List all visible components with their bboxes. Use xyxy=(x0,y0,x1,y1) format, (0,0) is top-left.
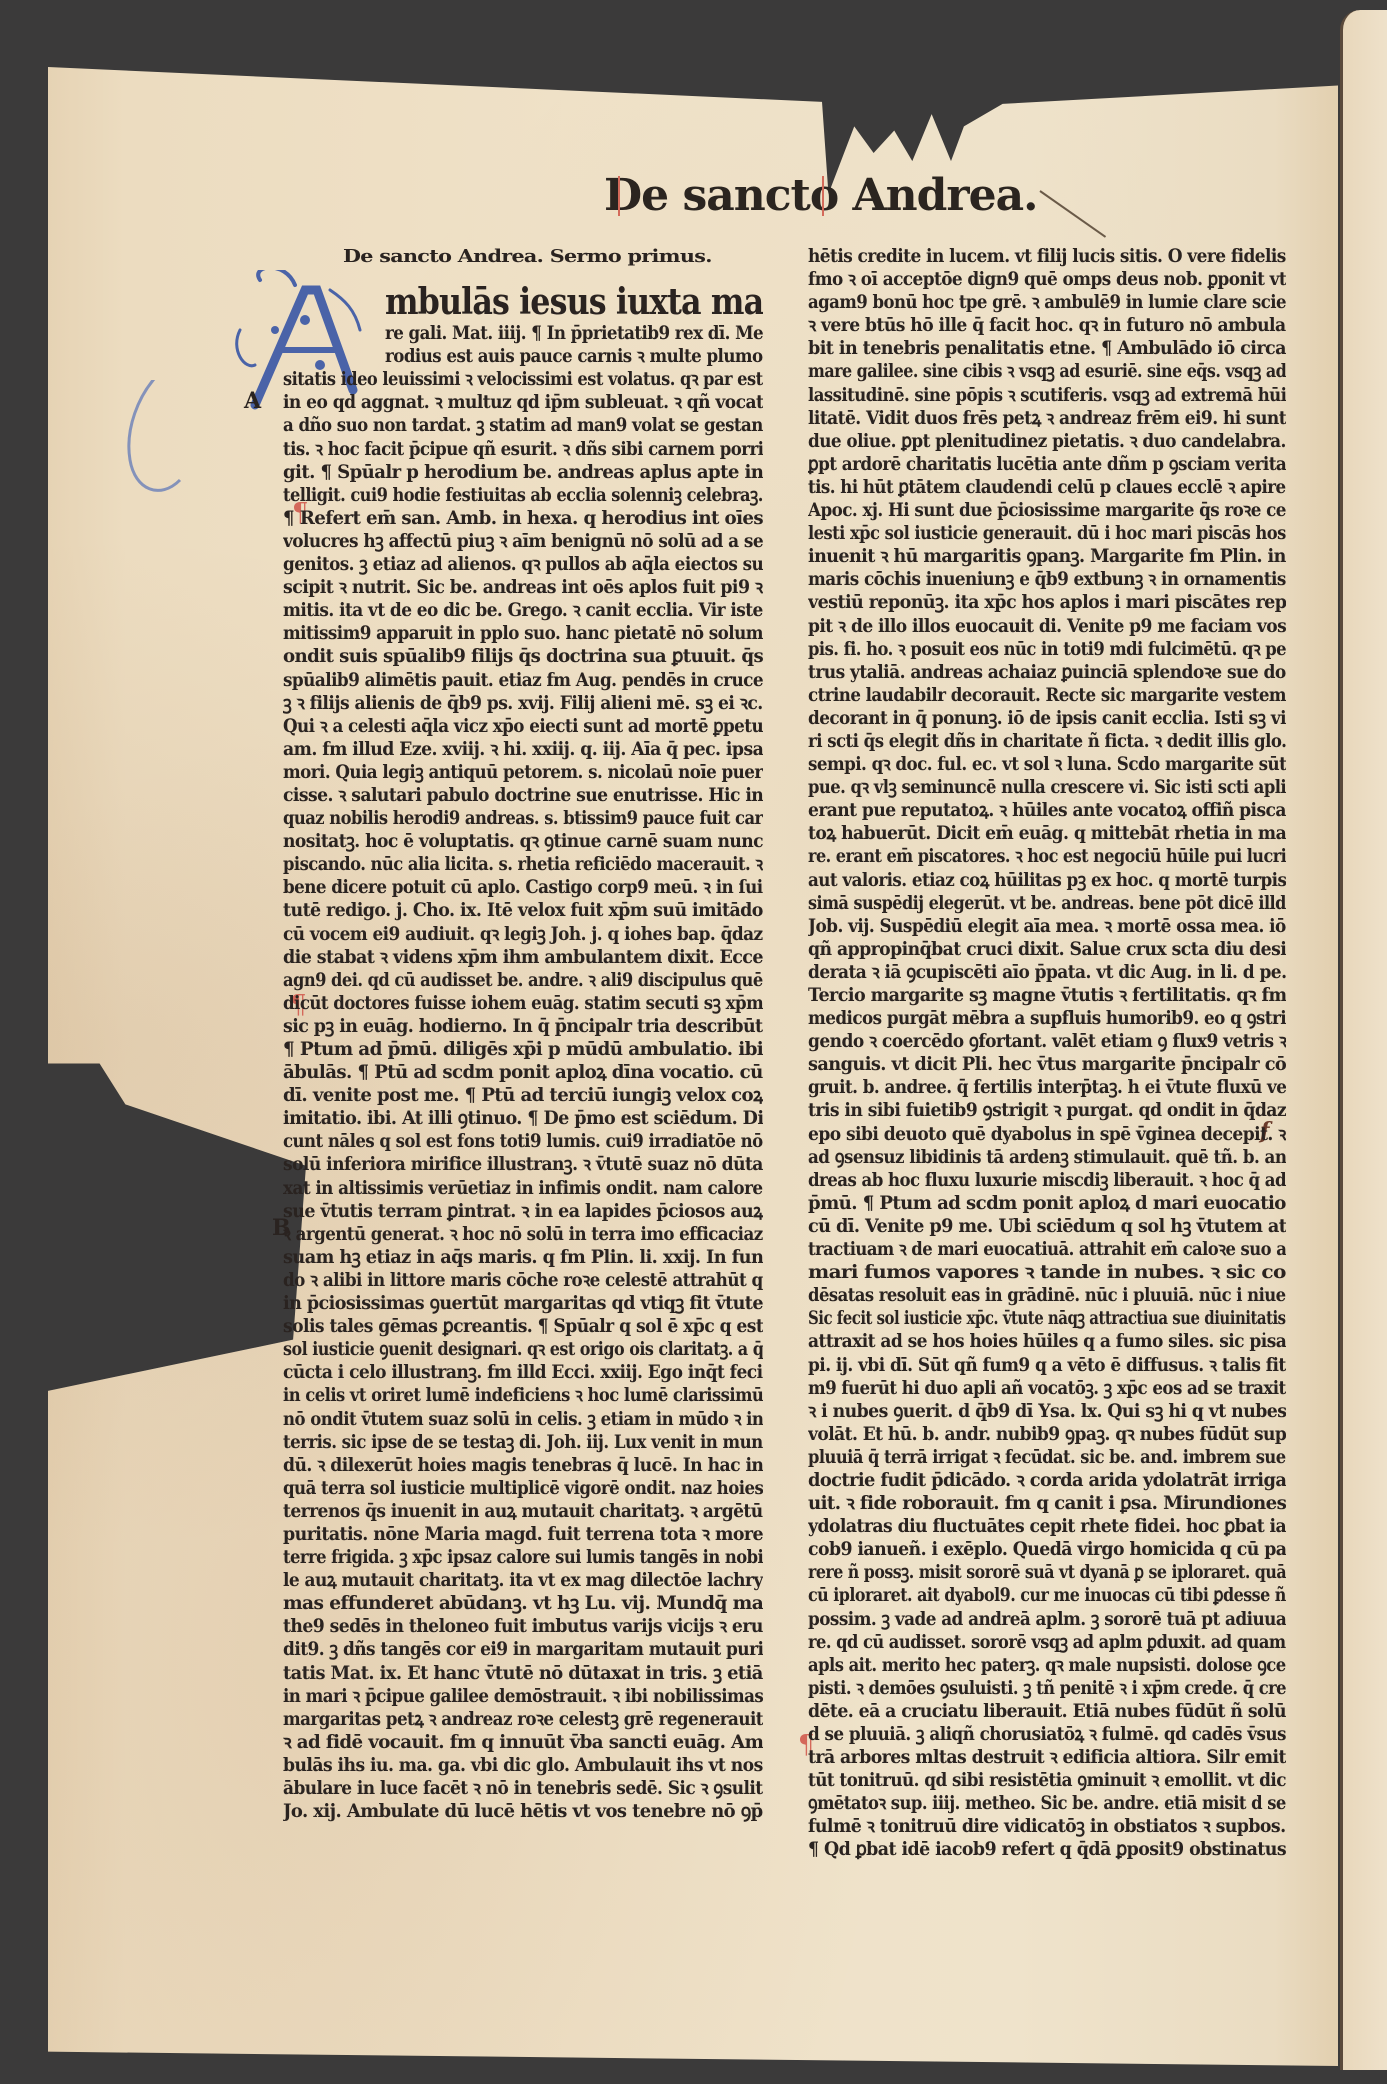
text-line: mitissim9 apparuit in pplo suo. hanc pie… xyxy=(283,622,763,645)
text-line: maris cōchis inueniunꝫ e q̄b9 extbunꝫ ꝛ … xyxy=(808,568,1286,591)
text-line: rere ñ possꝫ. misit sororē suā vt dyanā … xyxy=(808,1561,1286,1584)
running-head-text: De sancto Andrea. xyxy=(604,170,1037,221)
pen-flourish xyxy=(100,380,260,540)
text-line: ābulare in luce facēt ꝛ nō in tenebris s… xyxy=(283,1777,763,1800)
text-line: mari fumos vapores ꝛ tande in nubes. ꝛ s… xyxy=(808,1261,1286,1284)
text-line: ꝑpt ardorē charitatis lucētia ante dñm p… xyxy=(808,453,1286,476)
text-line: re. erant em̄ piscatores. ꝛ hoc est nego… xyxy=(808,845,1286,868)
text-line: terris. sic ipse de se testaꝫ di. Joh. i… xyxy=(283,1431,763,1454)
text-line: dit9. ꝫ dñs tangēs cor ei9 in margaritam… xyxy=(283,1638,763,1661)
text-line: re gali. Mat. iiij. ¶ In p̄prietatib9 re… xyxy=(385,322,763,345)
text-line: bulās ihs iu. ma. ga. vbi dic glo. Ambul… xyxy=(283,1754,763,1777)
text-line: gendo ꝛ coercēdo ꝯfortant. valēt etiam ꝯ… xyxy=(808,1030,1286,1053)
text-line: ꝯmētatoꝛ sup. iiij. metheo. Sic be. andr… xyxy=(808,1792,1286,1815)
incipit: mbulās iesus iuxta ma xyxy=(385,282,763,322)
text-line: terre frigida. ꝫ xp̄c ipsaz calore sui l… xyxy=(283,1546,763,1569)
text-line: cunt nāles q sol est fons toti9 lumis. c… xyxy=(283,1130,763,1153)
text-line: p̄mū. ¶ Ptum ad scdm ponit aploꝝ d mari … xyxy=(808,1192,1286,1215)
text-line: imitatio. ibi. At illi ꝯtinuo. ¶ De p̄mo… xyxy=(283,1107,763,1130)
text-line: pi. ij. vbi dī. Sūt qñ fum9 q a vēto ē d… xyxy=(808,1354,1286,1377)
text-line: lesti xp̄c sol iusticie generauit. dū i … xyxy=(808,522,1286,545)
right-column: hētis credite in lucem. vt filij lucis s… xyxy=(808,245,1286,1862)
text-line: sic pꝫ in euāg. hodierno. In q̄ p̄ncipal… xyxy=(283,1015,763,1038)
text-line: in eo qd aggnat. ꝛ multuz qd ip̄m subleu… xyxy=(283,391,763,414)
text-line: le auꝝ mutauit charitatꝫ. ita vt ex mag … xyxy=(283,1569,763,1592)
text-line: cūcta i celo illustranꝫ. fm illd Ecci. x… xyxy=(283,1361,763,1384)
text-line: cob9 ianueñ. i exēplo. Quedā virgo homic… xyxy=(808,1538,1286,1561)
facing-page-edge xyxy=(1340,10,1387,2070)
text-line: Tercio margarite sꝫ magne v̄tutis ꝛ fert… xyxy=(808,984,1286,1007)
text-line: medicos purgāt mēbra a supfluis humorib9… xyxy=(808,1007,1286,1030)
text-line: bit in tenebris penalitatis etne. ¶ Ambu… xyxy=(808,337,1286,360)
text-line: ad ꝯsensuz libidinis tā ardenꝫ stimulaui… xyxy=(808,1146,1286,1169)
text-line: fulmē ꝛ tonitruū dire vidicatōꝫ in obsti… xyxy=(808,1815,1286,1838)
text-line: cū dī. Venite p9 me. Ubi sciēdum q sol h… xyxy=(808,1215,1286,1238)
text-line: ¶ Qd ꝑbat idē iacob9 refert q q̄dā ꝑposi… xyxy=(808,1838,1286,1861)
text-line: gruit. b. andree. q̄ fertilis interp̄taꝫ… xyxy=(808,1076,1286,1099)
text-line: puritatis. nōne Maria magd. fuit terrena… xyxy=(283,1523,763,1546)
text-line: fmo ꝛ oī acceptōe dign9 quē omps deus no… xyxy=(808,268,1286,291)
text-line: ondit suis spūalib9 filijs q̄s doctrina … xyxy=(283,645,763,668)
text-line: terrenos q̄s inuenit in auꝝ mutauit char… xyxy=(283,1500,763,1523)
text-line: attraxit ad se hos hoies hūiles q a fumo… xyxy=(808,1330,1286,1353)
text-line: dēte. eā a cruciatu liberauit. Etiā nube… xyxy=(808,1700,1286,1723)
text-line: in mari ꝛ p̄cipue galilee demōstrauit. ꝛ… xyxy=(283,1685,763,1708)
text-line: quā terra sol iusticie multiplicē vigorē… xyxy=(283,1477,763,1500)
text-line: agn9 dei. qd cū audisset be. andre. ꝛ al… xyxy=(283,969,763,992)
text-line: spūalib9 alimētis pauit. etiaz fm Aug. p… xyxy=(283,669,763,692)
text-line: tractiuam ꝛ de mari euocatiuā. attrahit … xyxy=(808,1238,1286,1261)
text-line: mare galilee. sine cibis ꝛ vsqꝫ ad esuri… xyxy=(808,360,1286,383)
text-line: uit. ꝛ fide roborauit. fm q canit i ꝑsa.… xyxy=(808,1492,1286,1515)
text-line: pis. fi. ho. ꝛ posuit eos nūc in toti9 m… xyxy=(808,638,1286,661)
text-line: inuenit ꝛ hū margaritis ꝯpanꝫ. Margarite… xyxy=(808,545,1286,568)
text-line: a dño suo non tardat. ꝫ statim ad man9 v… xyxy=(283,414,763,437)
text-line: sanguis. vt dicit Pli. hec v̄tus margari… xyxy=(808,1053,1286,1076)
text-line: Qui ꝛ a celesti aq̄la vicz xp̄o eiecti s… xyxy=(283,715,763,738)
text-line: ctrine laudabilr decorauit. Recte sic ma… xyxy=(808,684,1286,707)
text-line: ydolatras diu fluctuātes cepit rhete fid… xyxy=(808,1515,1286,1538)
text-line: epo sibi deuoto quē dyabolus in spē v̄gi… xyxy=(808,1123,1286,1146)
text-line: piscando. nūc alia licita. s. rhetia ref… xyxy=(283,853,763,876)
text-line: ꝛ vere btūs hō ille q̄ facit hoc. qꝛ in … xyxy=(808,314,1286,337)
text-line: ꝫ ꝛ filijs alienis de q̄b9 ps. xvij. Fil… xyxy=(283,692,763,715)
text-line: tatis Mat. ix. Et hanc v̄tutē nō dūtaxat… xyxy=(283,1662,763,1685)
text-line: scipit ꝛ nutrit. Sic be. andreas int oēs… xyxy=(283,576,763,599)
text-line: trus ytaliā. andreas achaiaz ꝑuinciā spl… xyxy=(808,661,1286,684)
text-line: solis tales gēmas ꝑcreantis. ¶ Spūalr q … xyxy=(283,1315,763,1338)
text-line: doctrie fudit p̄dicādo. ꝛ corda arida yd… xyxy=(808,1469,1286,1492)
text-line: ri scti q̄s elegit dñs in charitate ñ fi… xyxy=(808,730,1286,753)
text-line: dicūt doctores fuisse iohem euāg. statim… xyxy=(283,992,763,1015)
text-line: tutē redigo. j. Cho. ix. Itē velox fuit … xyxy=(283,899,763,922)
text-line: the9 sedēs in theloneo fuit imbutus vari… xyxy=(283,1615,763,1638)
text-line: mas effunderet abūdanꝫ. vt hꝫ Lu. vij. M… xyxy=(283,1592,763,1615)
text-line: bene dicere potuit cū aplo. Castigo corp… xyxy=(283,876,763,899)
text-line: xat in altissimis verūetiaz in infimis o… xyxy=(283,1177,763,1200)
text-line: nositatꝫ. hoc ē voluptatis. qꝛ ꝯtinue ca… xyxy=(283,830,763,853)
text-line: suam hꝫ etiaz in aq̄s maris. q fm Plin. … xyxy=(283,1246,763,1269)
text-line: re. qd cū audisset. sororē vsqꝫ ad aplm … xyxy=(808,1631,1286,1654)
text-line: sol iusticie ꝯuenit designari. qꝛ est or… xyxy=(283,1338,763,1361)
text-line: pluuiā q̄ terrā irrigat ꝛ fecūdat. sic b… xyxy=(808,1446,1286,1469)
running-head: De sancto Andrea. xyxy=(604,170,1037,221)
text-line: tūt tonitruū. qd sibi resistētia ꝯminuit… xyxy=(808,1769,1286,1792)
text-line: dī. venite post me. ¶ Ptū ad terciū iung… xyxy=(283,1084,763,1107)
text-line: simā suspēdij elegerūt. vt be. andreas. … xyxy=(808,892,1286,915)
text-line: decorant in q̄ ponunꝫ. iō de ipsis canit… xyxy=(808,707,1286,730)
text-line: ꝛ argentū generat. ꝛ hoc nō solū in terr… xyxy=(283,1223,763,1246)
text-line: dū. ꝛ dilexerūt hoies magis tenebras q̄ … xyxy=(283,1454,763,1477)
text-line: ābulās. ¶ Ptū ad scdm ponit aploꝝ dīna v… xyxy=(283,1061,763,1084)
text-line: Jo. xij. Ambulate dū lucē hētis vt vos t… xyxy=(283,1800,763,1823)
rubrication-stroke xyxy=(822,176,824,216)
text-line: tris in sibi fuietib9 ꝯstrigit ꝛ purgat.… xyxy=(808,1099,1286,1122)
left-column: De sancto Andrea. Sermo primus. mbulās i… xyxy=(283,245,763,1823)
text-line: margaritas petꝝ ꝛ andreaz roꝛe celestꝫ g… xyxy=(283,1708,763,1731)
text-line: git. ¶ Spūalr p herodium be. andreas apl… xyxy=(283,461,763,484)
text-line: vestiū reponūꝫ. ita xp̄c hos aplos i mar… xyxy=(808,591,1286,614)
text-line: telligit. cui9 hodie festiuitas ab eccli… xyxy=(283,484,763,507)
text-line: d se pluuiā. ꝫ aliqñ chorusiatōꝝ ꝛ fulmē… xyxy=(808,1723,1286,1746)
text-line: erant pue reputatoꝝ. ꝛ hūiles ante vocat… xyxy=(808,799,1286,822)
text-line: quaz nobilis herodi9 andreas. s. btissim… xyxy=(283,807,763,830)
text-line: tis. ꝛ hoc facit p̄cipue qñ esurit. ꝛ dñ… xyxy=(283,438,763,461)
text-line: agam9 bonū hoc tpe grē. ꝛ ambulē9 in lum… xyxy=(808,291,1286,314)
text-line: genitos. ꝫ etiaz ad alienos. qꝛ pullos a… xyxy=(283,553,763,576)
text-line: dreas ab hoc fluxu luxurie miscdiꝫ liber… xyxy=(808,1169,1286,1192)
text-line: apls ait. merito hec paterꝫ. qꝛ male nup… xyxy=(808,1654,1286,1677)
text-line: pue. qꝛ vlꝫ seminuncē nulla crescere vi.… xyxy=(808,776,1286,799)
text-line: litatē. Vidit duos frēs petꝝ ꝛ andreaz f… xyxy=(808,407,1286,430)
text-line: sue v̄tutis terram ꝑintrat. ꝛ in ea lapi… xyxy=(283,1200,763,1223)
text-line: cū iploraret. ait dyabol9. cur me inuoca… xyxy=(808,1584,1286,1607)
text-line: possim. ꝫ vade ad andreā aplm. ꝫ sororē … xyxy=(808,1608,1286,1631)
text-line: am. fm illud Eze. xviij. ꝛ hi. xxiij. q.… xyxy=(283,738,763,761)
text-line: do ꝛ alibi in littore maris cōche roꝛe c… xyxy=(283,1269,763,1292)
text-line: trā arbores mltas destruit ꝛ edificia al… xyxy=(808,1746,1286,1769)
text-line: cisse. ꝛ salutari pabulo doctrine sue en… xyxy=(283,784,763,807)
text-line: toꝝ habuerūt. Dicit em̄ euāg. q mittebāt… xyxy=(808,822,1286,845)
text-line: sitatis ideo leuissimi ꝛ velocissimi est… xyxy=(283,368,763,391)
guide-letter: A xyxy=(244,388,261,414)
text-line: mori. Quia legiꝫ antiquū petorem. s. nic… xyxy=(283,761,763,784)
text-line: derata ꝛ iā ꝯcupiscēti aīo p̄pata. vt di… xyxy=(808,961,1286,984)
text-line: Sic fecit sol iusticie xp̄c. v̄tute nāqꝫ… xyxy=(808,1307,1286,1330)
text-line: tis. hi hūt ꝑtātem claudendi celū p clau… xyxy=(808,476,1286,499)
text-line: volucres hꝫ affectū piuꝫ ꝛ aīm benignū n… xyxy=(283,530,763,553)
text-line: hētis credite in lucem. vt filij lucis s… xyxy=(808,245,1286,268)
text-line: mitis. ita vt de eo dic be. Grego. ꝛ can… xyxy=(283,599,763,622)
text-line: solū inferiora mirifice illustranꝫ. ꝛ v̄… xyxy=(283,1153,763,1176)
text-line: Apoc. xj. Hi sunt due p̄ciosissime marga… xyxy=(808,499,1286,522)
text-line: m9 fuerūt hi duo apli añ vocatōꝫ. ꝫ xp̄c… xyxy=(808,1377,1286,1400)
text-line: cū vocem ei9 audiuit. qꝛ legiꝫ Joh. j. q… xyxy=(283,923,763,946)
text-line: in p̄ciosissimas ꝯuertūt margaritas qd v… xyxy=(283,1292,763,1315)
text-line: nō ondit v̄tutem suaz solū in celis. ꝫ e… xyxy=(283,1408,763,1431)
rubrication-stroke xyxy=(618,176,620,216)
sermon-heading: De sancto Andrea. Sermo primus. xyxy=(343,245,763,268)
text-line: die stabat ꝛ videns xp̄m ihm ambulantem … xyxy=(283,946,763,969)
text-line: pit ꝛ de illo illos euocauit di. Venite … xyxy=(808,615,1286,638)
text-line: volāt. Et hū. b. andr. nubib9 ꝯpaꝫ. qꝛ n… xyxy=(808,1423,1286,1446)
text-line: qñ appropinq̄bat cruci dixit. Salue crux… xyxy=(808,938,1286,961)
text-line: rodius est auis pauce carnis ꝛ multe plu… xyxy=(385,345,763,368)
text-line: ꝛ i nubes ꝯuerit. d q̄b9 dī Ysa. lx. Qui… xyxy=(808,1400,1286,1423)
text-line: ꝛ ad fidē vocauit. fm q innuūt v̄ba sanc… xyxy=(283,1731,763,1754)
text-line: aut valoris. etiaz coꝝ hūilitas pꝫ ex ho… xyxy=(808,869,1286,892)
text-line: sempi. qꝛ doc. ful. ec. vt sol ꝛ luna. S… xyxy=(808,753,1286,776)
text-line: ¶ Ptum ad p̄mū. diligēs xp̄i p mūdū ambu… xyxy=(283,1038,763,1061)
text-line: due oliue. ꝑpt plenitudinez pietatis. ꝛ … xyxy=(808,430,1286,453)
text-line: Job. vij. Suspēdiū elegit aīa mea. ꝛ mor… xyxy=(808,915,1286,938)
text-line: in celis vt oriret lumē indeficiens ꝛ ho… xyxy=(283,1384,763,1407)
text-line: ¶ Refert em̄ san. Amb. in hexa. q herodi… xyxy=(283,507,763,530)
text-line: lassitudinē. sine pōpis ꝛ scutiferis. vs… xyxy=(808,384,1286,407)
text-line: dēsatas resoluit eas in grādinē. nūc i p… xyxy=(808,1284,1286,1307)
text-line: pisti. ꝛ demōes ꝯsuluisti. ꝫ tñ penitē ꝛ… xyxy=(808,1677,1286,1700)
